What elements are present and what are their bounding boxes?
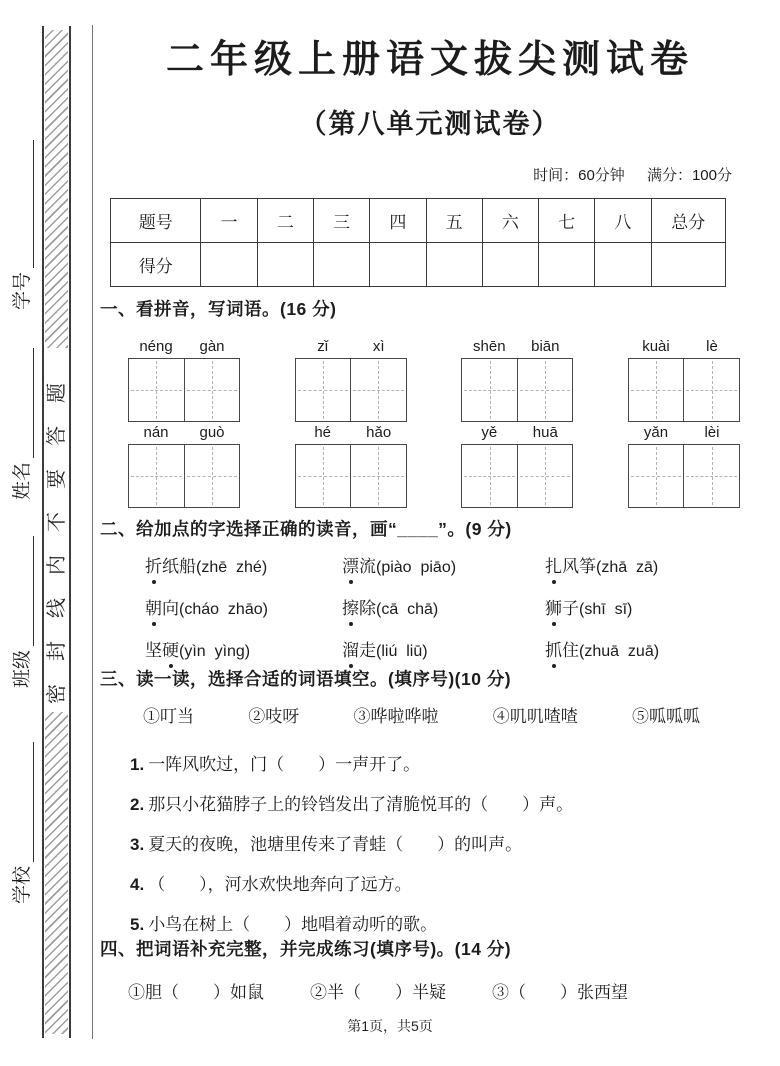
emphasis-dot — [152, 622, 156, 626]
pronunciation-options[interactable]: (shī sī) — [579, 601, 632, 618]
writing-cell[interactable] — [683, 359, 739, 421]
pinyin-syllable: shēn — [461, 338, 517, 355]
word-dotted-char: 擦 — [342, 599, 359, 618]
pinyin-syllable: lè — [684, 338, 740, 355]
word-dotted-char: 溜 — [342, 641, 359, 660]
emphasis-dot — [552, 622, 556, 626]
pinyin-line: yě huā — [461, 424, 573, 441]
pronunciation-options[interactable]: (cā chā) — [376, 601, 438, 618]
pronunciation-options[interactable]: (zhē zhé) — [196, 559, 267, 576]
writing-cell[interactable] — [350, 359, 406, 421]
writing-cell[interactable] — [462, 359, 517, 421]
word-bank-option: ③哗啦哗啦 — [354, 702, 439, 727]
class-blank[interactable] — [8, 536, 34, 646]
score-cell[interactable] — [651, 243, 725, 287]
score-cell[interactable] — [257, 243, 313, 287]
class-label: 班级 — [8, 650, 38, 688]
writing-grid — [128, 358, 240, 422]
writing-cell[interactable] — [629, 445, 684, 507]
item-number: 1. — [130, 755, 144, 774]
word-post: 子 — [562, 599, 579, 618]
pronunciation-item: 朝向(cháo zhāo) — [145, 594, 342, 636]
pinyin-syllable: zǐ — [295, 338, 351, 355]
section-3-heading: 三、读一读，选择合适的词语填空。(填序号)(10 分) — [100, 666, 760, 691]
score-table-header-cell: 八 — [595, 199, 651, 243]
writing-cell[interactable] — [184, 445, 240, 507]
score-table-header-cell: 二 — [257, 199, 313, 243]
score-cell[interactable] — [313, 243, 369, 287]
score-cell[interactable] — [370, 243, 426, 287]
pinyin-syllable: lèi — [684, 424, 740, 441]
writing-cell[interactable] — [129, 445, 184, 507]
pinyin-word-group: zǐ xì — [295, 338, 407, 422]
pinyin-row-2: nán guò hé hǎo yě huā — [100, 424, 760, 508]
writing-grid — [295, 358, 407, 422]
word-pre: 坚 — [145, 641, 162, 660]
exam-info-line: 时间：60分钟 满分：100分 — [100, 164, 760, 185]
word-bank-option: ⑤呱呱呱 — [632, 702, 700, 727]
score-table-score-row: 得分 — [111, 243, 726, 287]
pronunciation-item: 狮子(shī sī) — [545, 594, 760, 636]
pinyin-word-group: hé hǎo — [295, 424, 407, 508]
student-id-field: 学号 — [8, 140, 38, 310]
emphasis-dot — [552, 580, 556, 584]
school-field: 学校 — [8, 742, 38, 904]
word-dotted-char: 抓 — [545, 641, 562, 660]
item-text[interactable]: 小鸟在树上（ ）地唱着动听的歌。 — [148, 915, 437, 934]
word-bank-option: ①叮当 — [143, 702, 194, 727]
school-blank[interactable] — [8, 742, 34, 862]
word-dotted-char: 折 — [145, 557, 162, 576]
score-table-header-cell: 题号 — [111, 199, 201, 243]
writing-cell[interactable] — [683, 445, 739, 507]
pinyin-syllable: guò — [184, 424, 240, 441]
pinyin-syllable: yǎn — [628, 424, 684, 441]
fill-in-item: 4.（ ），河水欢快地奔向了远方。 — [130, 870, 760, 910]
score-table: 题号 一 二 三 四 五 六 七 八 总分 得分 — [110, 198, 726, 287]
pinyin-word-group: yǎn lèi — [628, 424, 740, 508]
fill-in-item: 1.一阵风吹过，门（ ）一声开了。 — [130, 750, 760, 790]
writing-cell[interactable] — [350, 445, 406, 507]
pinyin-word-group: yě huā — [461, 424, 573, 508]
score-cell[interactable] — [482, 243, 538, 287]
score-table-header-cell: 总分 — [651, 199, 725, 243]
pinyin-syllable: néng — [128, 338, 184, 355]
pinyin-word-group: nán guò — [128, 424, 240, 508]
section-2-heading: 二、给加点的字选择正确的读音，画“____”。(9 分) — [100, 516, 760, 541]
class-field: 班级 — [8, 536, 38, 688]
pinyin-line: nán guò — [128, 424, 240, 441]
pronunciation-grid: 折纸船(zhē zhé) 漂流(piào piāo) 扎风筝(zhā zā) 朝… — [100, 552, 760, 678]
pinyin-syllable: gàn — [184, 338, 240, 355]
writing-grid — [628, 444, 740, 508]
score-row-label: 得分 — [111, 243, 201, 287]
pinyin-line: kuài lè — [628, 338, 740, 355]
pinyin-line: yǎn lèi — [628, 424, 740, 441]
pinyin-line: shēn biān — [461, 338, 573, 355]
score-cell[interactable] — [426, 243, 482, 287]
score-cell[interactable] — [539, 243, 595, 287]
pinyin-word-group: néng gàn — [128, 338, 240, 422]
score-cell[interactable] — [595, 243, 651, 287]
pinyin-syllable: yě — [461, 424, 517, 441]
student-name-label: 姓名 — [8, 462, 38, 500]
emphasis-dot — [152, 580, 156, 584]
score-table-header-cell: 四 — [370, 199, 426, 243]
pronunciation-options[interactable]: (yìn yìng) — [179, 643, 250, 660]
student-id-label: 学号 — [8, 272, 38, 310]
pinyin-syllable: hé — [295, 424, 351, 441]
writing-grid — [628, 358, 740, 422]
score-table-header-cell: 七 — [539, 199, 595, 243]
score-table-header-cell: 一 — [201, 199, 257, 243]
pinyin-word-group: shēn biān — [461, 338, 573, 422]
exam-page: 二年级上册语文拔尖测试卷 （第八单元测试卷） 时间：60分钟 满分：100分 题… — [100, 0, 760, 1066]
writing-cell[interactable] — [296, 445, 351, 507]
exam-title: 二年级上册语文拔尖测试卷 — [100, 28, 760, 83]
word-post: 走 — [359, 641, 376, 660]
score-table-header-cell: 五 — [426, 199, 482, 243]
fill-in-item: 2.那只小花猫脖子上的铃铛发出了清脆悦耳的（ ）声。 — [130, 790, 760, 830]
score-table-header-cell: 六 — [482, 199, 538, 243]
page-number: 第1页，共5页 — [0, 1016, 780, 1036]
emphasis-dot — [349, 580, 353, 584]
idiom-item[interactable]: ①胆（ ）如鼠 — [128, 978, 264, 1003]
pinyin-row-1: néng gàn zǐ xì shēn biān — [100, 338, 760, 422]
writing-cell[interactable] — [296, 359, 351, 421]
writing-cell[interactable] — [517, 445, 573, 507]
idiom-item[interactable]: ②半（ ）半疑 — [310, 978, 446, 1003]
idiom-item[interactable]: ③（ ）张西望 — [492, 978, 628, 1003]
seal-line-text: 密封线内不要答题 — [45, 350, 70, 708]
pronunciation-options[interactable]: (zhā zā) — [596, 559, 658, 576]
content-margin-line — [92, 25, 93, 1039]
section-4-heading: 四、把词语补充完整，并完成练习(填序号)。(14 分) — [100, 936, 760, 961]
item-number: 4. — [130, 875, 144, 894]
word-bank: ①叮当 ②吱呀 ③哗啦哗啦 ④叽叽喳喳 ⑤呱呱呱 — [100, 702, 760, 727]
word-dotted-char: 漂 — [342, 557, 359, 576]
pronunciation-item: 折纸船(zhē zhé) — [145, 552, 342, 594]
writing-grid — [295, 444, 407, 508]
word-post: 向 — [162, 599, 179, 618]
student-id-blank[interactable] — [8, 140, 34, 268]
idiom-completion-row: ①胆（ ）如鼠 ②半（ ）半疑 ③（ ）张西望 — [100, 978, 760, 1003]
pronunciation-item: 漂流(piào piāo) — [342, 552, 545, 594]
pinyin-syllable: biān — [517, 338, 573, 355]
item-number: 5. — [130, 915, 144, 934]
word-post: 流 — [359, 557, 376, 576]
writing-cell[interactable] — [129, 359, 184, 421]
writing-cell[interactable] — [184, 359, 240, 421]
word-bank-option: ②吱呀 — [248, 702, 299, 727]
pronunciation-options[interactable]: (zhuā zuā) — [579, 643, 659, 660]
pinyin-syllable: hǎo — [351, 424, 407, 441]
item-number: 2. — [130, 795, 144, 814]
writing-grid — [128, 444, 240, 508]
writing-cell[interactable] — [462, 445, 517, 507]
item-text[interactable]: （ ），河水欢快地奔向了远方。 — [148, 875, 412, 894]
word-post: 风筝 — [562, 557, 596, 576]
emphasis-dot — [349, 622, 353, 626]
pronunciation-options[interactable]: (piào piāo) — [376, 559, 456, 576]
score-table-header-row: 题号 一 二 三 四 五 六 七 八 总分 — [111, 199, 726, 243]
pinyin-syllable: xì — [351, 338, 407, 355]
pinyin-line: zǐ xì — [295, 338, 407, 355]
seal-hatch-bottom — [45, 712, 68, 1034]
student-name-field: 姓名 — [8, 348, 38, 500]
word-post: 除 — [359, 599, 376, 618]
section-1-heading: 一、看拼音，写词语。(16 分) — [100, 296, 760, 321]
seal-band: 密封线内不要答题 — [42, 26, 71, 1038]
exam-subtitle: （第八单元测试卷） — [100, 102, 760, 141]
pronunciation-options[interactable]: (liú liū) — [376, 643, 428, 660]
word-dotted-char: 硬 — [162, 641, 179, 660]
writing-cell[interactable] — [629, 359, 684, 421]
item-text[interactable]: 一阵风吹过，门（ ）一声开了。 — [148, 755, 420, 774]
seal-hatch-top — [45, 30, 68, 348]
time-limit: 时间：60分钟 — [533, 167, 625, 184]
writing-grid — [461, 358, 573, 422]
word-post: 住 — [562, 641, 579, 660]
pinyin-syllable: kuài — [628, 338, 684, 355]
pronunciation-item: 擦除(cā chā) — [342, 594, 545, 636]
pinyin-syllable: huā — [517, 424, 573, 441]
pinyin-syllable: nán — [128, 424, 184, 441]
student-name-blank[interactable] — [8, 348, 34, 458]
word-dotted-char: 扎 — [545, 557, 562, 576]
word-bank-option: ④叽叽喳喳 — [493, 702, 578, 727]
item-number: 3. — [130, 835, 144, 854]
fill-in-items: 1.一阵风吹过，门（ ）一声开了。 2.那只小花猫脖子上的铃铛发出了清脆悦耳的（… — [100, 750, 760, 950]
score-table-header-cell: 三 — [313, 199, 369, 243]
school-label: 学校 — [8, 866, 38, 904]
pinyin-word-group: kuài lè — [628, 338, 740, 422]
fill-in-item: 3.夏天的夜晚，池塘里传来了青蛙（ ）的叫声。 — [130, 830, 760, 870]
word-dotted-char: 朝 — [145, 599, 162, 618]
pinyin-line: hé hǎo — [295, 424, 407, 441]
pronunciation-options[interactable]: (cháo zhāo) — [179, 601, 268, 618]
word-post: 纸船 — [162, 557, 196, 576]
item-text[interactable]: 夏天的夜晚，池塘里传来了青蛙（ ）的叫声。 — [148, 835, 522, 854]
pronunciation-item: 扎风筝(zhā zā) — [545, 552, 760, 594]
score-cell[interactable] — [201, 243, 257, 287]
writing-grid — [461, 444, 573, 508]
item-text[interactable]: 那只小花猫脖子上的铃铛发出了清脆悦耳的（ ）声。 — [148, 795, 573, 814]
pinyin-line: néng gàn — [128, 338, 240, 355]
full-score: 满分：100分 — [647, 167, 732, 184]
word-dotted-char: 狮 — [545, 599, 562, 618]
writing-cell[interactable] — [517, 359, 573, 421]
